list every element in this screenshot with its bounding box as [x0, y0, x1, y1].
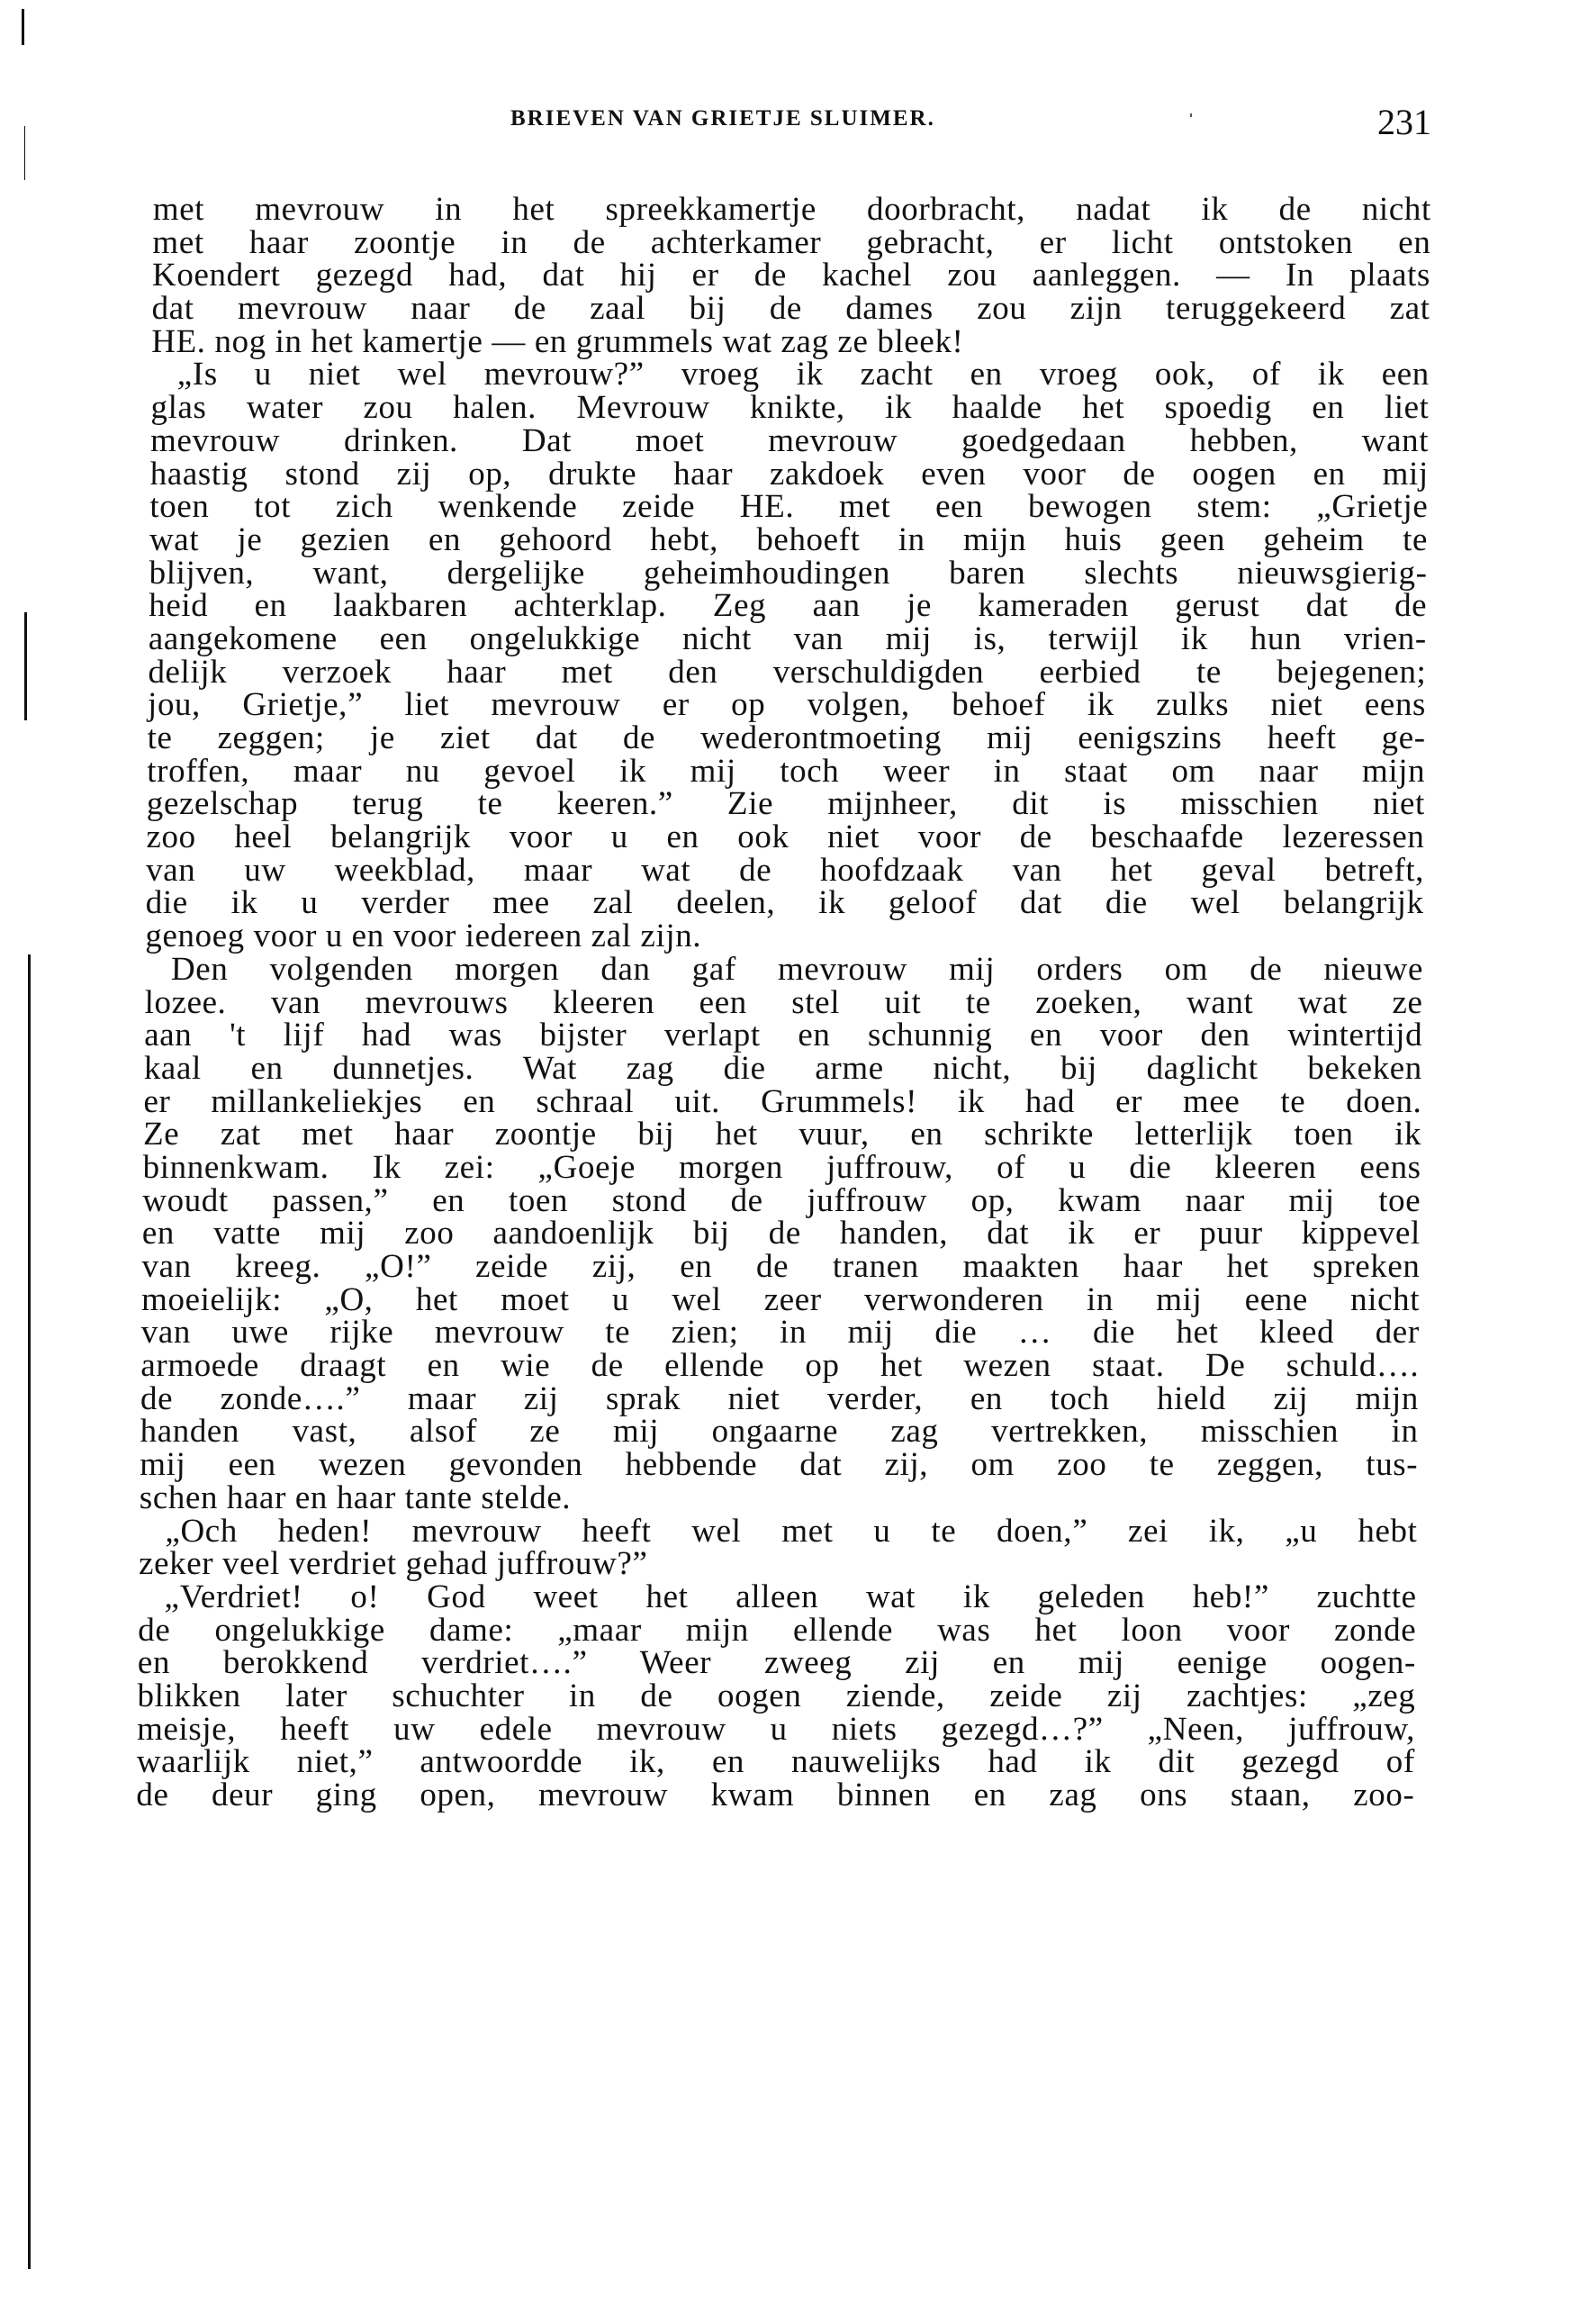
text-line: met haar zoontje in de achterkamer gebra…	[152, 227, 1430, 260]
page-header: BRIEVEN VAN GRIETJE SLUIMER. 231	[510, 101, 1431, 144]
text-line: moeielijk: „O, het moet u wel zeer verwo…	[141, 1284, 1420, 1317]
page-body: met mevrouw in het spreekkamertje doorbr…	[136, 194, 1431, 1813]
text-line: meisje, heeft uw edele mevrouw u niets g…	[137, 1714, 1415, 1747]
text-line: binnenkwam. Ik zei: „Goeje morgen juffro…	[142, 1152, 1421, 1185]
text-line: lozee. van mevrouws kleeren een stel uit…	[144, 987, 1422, 1020]
text-line: Koendert gezegd had, dat hij er de kache…	[152, 259, 1430, 293]
text-line: jou, Grietje,” liet mevrouw er op volgen…	[148, 689, 1426, 722]
text-line: en vatte mij zoo aandoenlijk bij de hand…	[142, 1217, 1421, 1251]
text-line: en berokkend verdriet….” Weer zweeg zij …	[138, 1647, 1416, 1680]
text-line: van uw weekblad, maar wat de hoofdzaak v…	[146, 855, 1424, 888]
text-line: mevrouw drinken. Dat moet mevrouw goedge…	[150, 425, 1429, 458]
text-line: aangekomene een ongelukkige nicht van mi…	[149, 623, 1427, 656]
text-line: dat mevrouw naar de zaal bij de dames zo…	[151, 293, 1430, 326]
binding-edge-rule	[24, 126, 25, 180]
binding-edge-rule	[24, 612, 27, 720]
text-line: waarlijk niet,” antwoordde ik, en nauwel…	[137, 1746, 1415, 1779]
text-line: heid en laakbaren achterklap. Zeg aan je…	[149, 590, 1427, 623]
text-line: er millankeliekjes en schraal uit. Grumm…	[143, 1086, 1421, 1119]
text-line: wat je gezien en gehoord hebt, behoeft i…	[149, 524, 1428, 557]
text-line: van uwe rijke mevrouw te zien; in mij di…	[141, 1316, 1420, 1350]
text-line: Ze zat met haar zoontje bij het vuur, en…	[143, 1118, 1421, 1152]
text-line: mij een wezen gevonden hebbende dat zij,…	[140, 1449, 1418, 1482]
text-line: gezelschap terug te keeren.” Zie mijnhee…	[147, 788, 1425, 821]
text-line: haastig stond zij op, drukte haar zakdoe…	[150, 458, 1429, 492]
text-line: aan 't lijf had was bijster verlapt en s…	[144, 1019, 1422, 1053]
text-line: de ongelukkige dame: „maar mijn ellende …	[138, 1614, 1416, 1648]
text-line: de zonde….” maar zij sprak niet verder, …	[140, 1383, 1419, 1416]
binding-edge-rule	[22, 9, 24, 45]
text-line: toen tot zich wenkende zeide HE. met een…	[149, 491, 1428, 524]
scan-speck	[1190, 113, 1192, 117]
text-line: de deur ging open, mevrouw kwam binnen e…	[136, 1779, 1414, 1813]
text-line: van kreeg. „O!” zeide zij, en de tranen …	[141, 1251, 1420, 1284]
text-line: te zeggen; je ziet dat de wederontmoetin…	[147, 722, 1425, 755]
text-line: woudt passen,” en toen stond de juffrouw…	[142, 1185, 1421, 1218]
running-title: BRIEVEN VAN GRIETJE SLUIMER.	[510, 106, 935, 131]
text-line: blikken later schuchter in de oogen zien…	[137, 1680, 1415, 1714]
paragraph-start-line: „Och heden! mevrouw heeft wel met u te d…	[139, 1515, 1417, 1549]
text-line: schen haar en haar tante stelde.	[140, 1482, 1418, 1515]
paragraph-start-line: Den volgenden morgen dan gaf mevrouw mij…	[145, 954, 1423, 987]
text-line: kaal en dunnetjes. Wat zag die arme nich…	[144, 1053, 1422, 1086]
text-line: delijk verzoek haar met den verschuldigd…	[148, 656, 1426, 690]
text-line: die ik u verder mee zal deelen, ik geloo…	[146, 887, 1424, 920]
text-line: zoo heel belangrijk voor u en ook niet v…	[146, 821, 1424, 855]
page-number: 231	[1377, 101, 1431, 143]
binding-edge-rule	[28, 954, 31, 2269]
paragraph-start-line: „Verdriet! o! God weet het alleen wat ik…	[138, 1581, 1416, 1614]
text-line: zeker veel verdriet gehad juffrouw?”	[139, 1548, 1417, 1581]
paragraph-start-line: „Is u niet wel mevrouw?” vroeg ik zacht …	[151, 358, 1430, 392]
text-line: glas water zou halen. Mevrouw knikte, ik…	[150, 392, 1429, 425]
text-line: handen vast, alsof ze mij ongaarne zag v…	[140, 1415, 1418, 1449]
text-line: blijven, want, dergelijke geheimhoudinge…	[149, 557, 1427, 591]
text-line: troffen, maar nu gevoel ik mij toch weer…	[147, 755, 1425, 789]
text-line: met mevrouw in het spreekkamertje doorbr…	[153, 194, 1431, 227]
text-line: armoede draagt en wie de ellende op het …	[140, 1350, 1419, 1383]
text-line: HE. nog in het kamertje — en grummels wa…	[151, 326, 1430, 359]
text-line: genoeg voor u en voor iedereen zal zijn.	[145, 920, 1423, 954]
